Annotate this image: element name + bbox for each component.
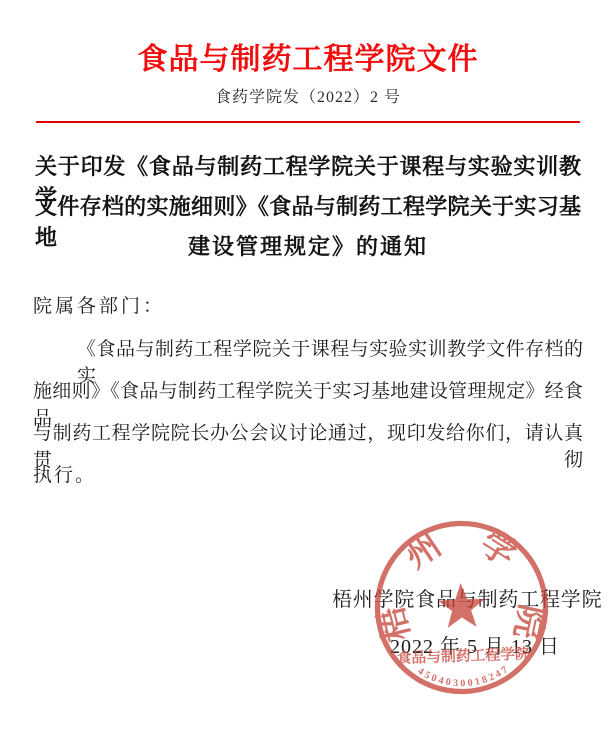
seal-serial-number-text: 4504030018247 [415, 663, 512, 691]
notice-title-line-3: 建设管理规定》的通知 [35, 230, 581, 261]
signature-date: 2022 年 5 月 13 日 [390, 630, 560, 659]
doc-number: 食药学院发（2022）2 号 [0, 84, 616, 107]
signature-organization: 梧州学院食品与制药工程学院 [332, 583, 602, 612]
red-divider-line [36, 121, 580, 123]
seal-arc-char-3: 学 [473, 524, 522, 574]
salutation: 院属各部门： [33, 291, 165, 318]
document-page: 食品与制药工程学院文件 食药学院发（2022）2 号 关于印发《食品与制药工程学… [0, 0, 616, 739]
org-title: 食品与制药工程学院文件 [0, 34, 616, 78]
body-line-4: 执行。 [33, 460, 583, 487]
seal-arc-char-2: 州 [399, 526, 448, 576]
